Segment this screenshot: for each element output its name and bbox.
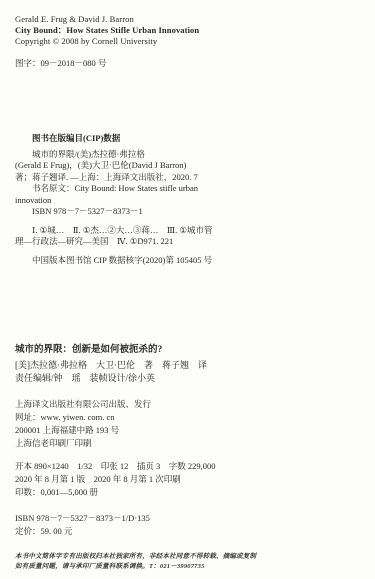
copyright-page: Gerald E. Frug & David J. Barron City Bo… xyxy=(0,0,375,579)
print-run-line: 印数：0,001—5,000 册 xyxy=(15,486,357,499)
isbn-price-block: ISBN 978－7－5327－8373－1/D·135 定价：59. 00 元 xyxy=(15,512,357,538)
cip-line: 城市的界限/(美)杰拉德·弗拉格 xyxy=(15,149,357,161)
cip-section: 图书在版编目(CIP)数据 城市的界限/(美)杰拉德·弗拉格 (Gerald E… xyxy=(15,133,357,266)
printing-info-block: 开本 890×1240 1/32 印张 12 插页 3 字数 229,000 2… xyxy=(15,460,357,499)
english-header: Gerald E. Frug & David J. Barron City Bo… xyxy=(15,14,357,47)
cip-classification-line: Ⅰ. ①城… Ⅱ. ①杰…②大…③蒋… Ⅲ. ①城市管 xyxy=(15,225,357,237)
chinese-title-block: 城市的界限：创新是如何被扼杀的? [美]杰拉德·弗拉格 大卫·巴伦 著 蒋子翘 … xyxy=(15,344,357,385)
address-line: 200001 上海福建中路 193 号 xyxy=(15,424,357,437)
cip-heading: 图书在版编目(CIP)数据 xyxy=(15,133,357,145)
cip-classification-line: 理—行政法—研究—美国 Ⅳ. ①D971. 221 xyxy=(15,236,357,248)
cip-line: innovation xyxy=(15,195,357,207)
website-line: 网址：www. yiwen. com. cn xyxy=(15,411,357,424)
isbn-line: ISBN 978－7－5327－8373－1/D·135 xyxy=(15,512,357,525)
english-title: City Bound：How States Stifle Urban Innov… xyxy=(15,25,357,36)
cip-line: 著；蒋子翘译. —上海：上海译文出版社，2020. 7 xyxy=(15,172,357,184)
english-authors: Gerald E. Frug & David J. Barron xyxy=(15,14,357,25)
editors-line: 责任编辑/钟 瑶 装帧设计/徐小英 xyxy=(15,372,357,385)
copyright-notice-block: 本书中文简体字专有出版权归本社独家所有，非经本社同意不得转载、摘编或复制 如有质… xyxy=(15,552,357,572)
cip-line: 书名原文：City Bound: How States stifle urban xyxy=(15,183,357,195)
publisher-block: 上海译文出版社有限公司出版、发行 网址：www. yiwen. com. cn … xyxy=(15,398,357,450)
publisher-line: 上海译文出版社有限公司出版、发行 xyxy=(15,398,357,411)
price-line: 定价：59. 00 元 xyxy=(15,525,357,538)
authors-translator-line: [美]杰拉德·弗拉格 大卫·巴伦 著 蒋子翘 译 xyxy=(15,359,357,372)
cip-isbn-line: ISBN 978－7－5327－8373－1 xyxy=(15,206,357,218)
registration-number: 图字：09－2018－080 号 xyxy=(15,58,357,69)
cip-line: (Gerald E Frug)，(美)大卫·巴伦(David J Barron) xyxy=(15,160,357,172)
format-line: 开本 890×1240 1/32 印张 12 插页 3 字数 229,000 xyxy=(15,460,357,473)
notice-line: 本书中文简体字专有出版权归本社独家所有，非经本社同意不得转载、摘编或复制 xyxy=(15,552,357,562)
cip-record-number: 中国版本图书馆 CIP 数据核字(2020)第 105405 号 xyxy=(15,255,357,267)
english-copyright: Copyright © 2008 by Cornell University xyxy=(15,36,357,47)
edition-line: 2020 年 8 月第 1 版 2020 年 8 月第 1 次印刷 xyxy=(15,473,357,486)
book-title-chinese: 城市的界限：创新是如何被扼杀的? xyxy=(15,344,357,357)
notice-line: 如有质量问题，请与承印厂质量科联系调换。T：021－39907735 xyxy=(15,562,357,572)
printer-line: 上海信老印刷厂印刷 xyxy=(15,437,357,450)
